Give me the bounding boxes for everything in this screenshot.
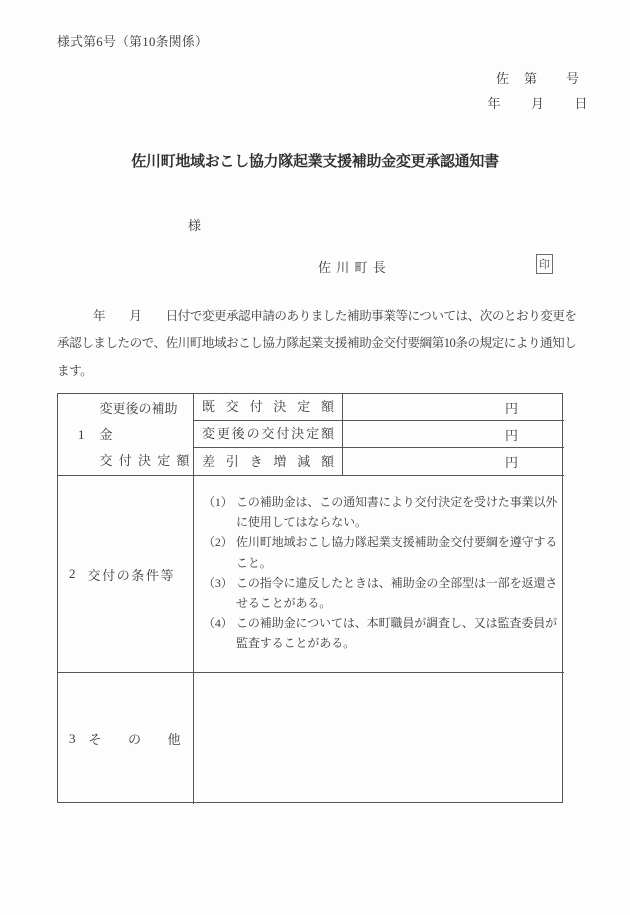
document-date-line: 年 月 日	[487, 93, 589, 112]
subrow-value-unit: 円	[505, 425, 518, 444]
subrow-label-cell: 既 交 付 決 定 額	[194, 394, 343, 421]
subrow-value-cell: 円	[343, 421, 564, 448]
condition-item: （1） この補助金は、この通知書により交付決定を受けた事業以外 に使用してはなら…	[203, 492, 564, 532]
condition-number: （2）	[203, 532, 233, 552]
condition-text-line: この補助金は、この通知書により交付決定を受けた事業以外	[236, 492, 564, 512]
row1-label: 変更後の補助金 交 付 決 定 額	[100, 396, 190, 474]
body-line: 承認しましたので、佐川町地域おこし協力隊起業支援補助金交付要綱第10条の規定によ…	[57, 330, 577, 357]
subrow-value-unit: 円	[505, 398, 518, 417]
condition-item: （2） 佐川町地域おこし協力隊起業支援補助金交付要綱を遵守する こと。	[203, 532, 564, 572]
subrow-value-cell: 円	[343, 448, 564, 476]
subrow-label: 既 交 付 決 定 額	[194, 394, 342, 420]
condition-item: （3） この指令に違反したときは、補助金の全部型は一部を返還さ せることがある。	[203, 573, 564, 613]
seal-stamp-box: 印	[536, 254, 553, 274]
condition-text-line: この指令に違反したときは、補助金の全部型は一部を返還さ	[236, 573, 564, 593]
subrow-label-cell: 変 更 後 の 交 付 決 定 額	[194, 421, 343, 448]
row1-label-line1: 変更後の補助金	[100, 396, 190, 448]
subrow-value-unit: 円	[505, 452, 518, 471]
row3-value-cell	[194, 673, 564, 804]
row2-label: 交付の条件等	[88, 565, 176, 584]
document-number-line: 佐 第 号	[496, 68, 580, 87]
row1-label-line2: 交 付 決 定 額	[100, 448, 190, 474]
condition-text-line: 佐川町地域おこし協力隊起業支援補助金交付要綱を遵守する	[236, 532, 564, 552]
row2-label-cell: 2 交付の条件等	[58, 476, 194, 673]
body-line: ます。	[57, 358, 577, 385]
row1-label-cell: 1 変更後の補助金 交 付 決 定 額	[58, 394, 194, 476]
row3-label: そ の 他	[89, 729, 181, 748]
condition-text-line: 監査することがある。	[236, 633, 564, 653]
row3-label-cell: 3 そ の 他	[58, 673, 194, 804]
row3-number: 3	[69, 731, 76, 747]
body-paragraph: 年 月 日付で変更承認申請のありました補助事業等については、次のとおり変更を 承…	[57, 303, 577, 385]
body-line: 年 月 日付で変更承認申請のありました補助事業等については、次のとおり変更を	[57, 303, 577, 330]
subrow-label: 変 更 後 の 交 付 決 定 額	[194, 421, 342, 447]
conditions-cell: （1） この補助金は、この通知書により交付決定を受けた事業以外 に使用してはなら…	[194, 476, 564, 673]
subrow-value-cell: 円	[343, 394, 564, 421]
document-page: { "page": { "background": "#fdfdfd", "in…	[0, 0, 630, 915]
recipient-honorific: 様	[188, 215, 201, 234]
row2-number: 2	[69, 566, 76, 582]
condition-number: （4）	[203, 613, 233, 633]
condition-text-line: こと。	[236, 553, 564, 573]
subrow-label-cell: 差 引 き 増 減 額	[194, 448, 343, 476]
sender-mayor-name: 佐 川 町 長	[318, 257, 387, 276]
condition-number: （3）	[203, 573, 233, 593]
condition-item: （4） この補助金については、本町職員が調査し、又は監査委員が 監査することがあ…	[203, 613, 564, 653]
condition-text-line: この補助金については、本町職員が調査し、又は監査委員が	[236, 613, 564, 633]
document-title: 佐川町地域おこし協力隊起業支援補助金変更承認通知書	[0, 150, 630, 171]
condition-text-line: せることがある。	[236, 593, 564, 613]
condition-number: （1）	[203, 492, 233, 512]
subsidy-table: 1 変更後の補助金 交 付 決 定 額 既 交 付 決 定 額 円 変 更 後 …	[57, 393, 563, 803]
form-number: 様式第6号（第10条関係）	[57, 31, 208, 50]
condition-text-line: に使用してはならない。	[236, 512, 564, 532]
row1-number: 1	[78, 427, 85, 443]
subrow-label: 差 引 き 増 減 額	[194, 448, 342, 475]
